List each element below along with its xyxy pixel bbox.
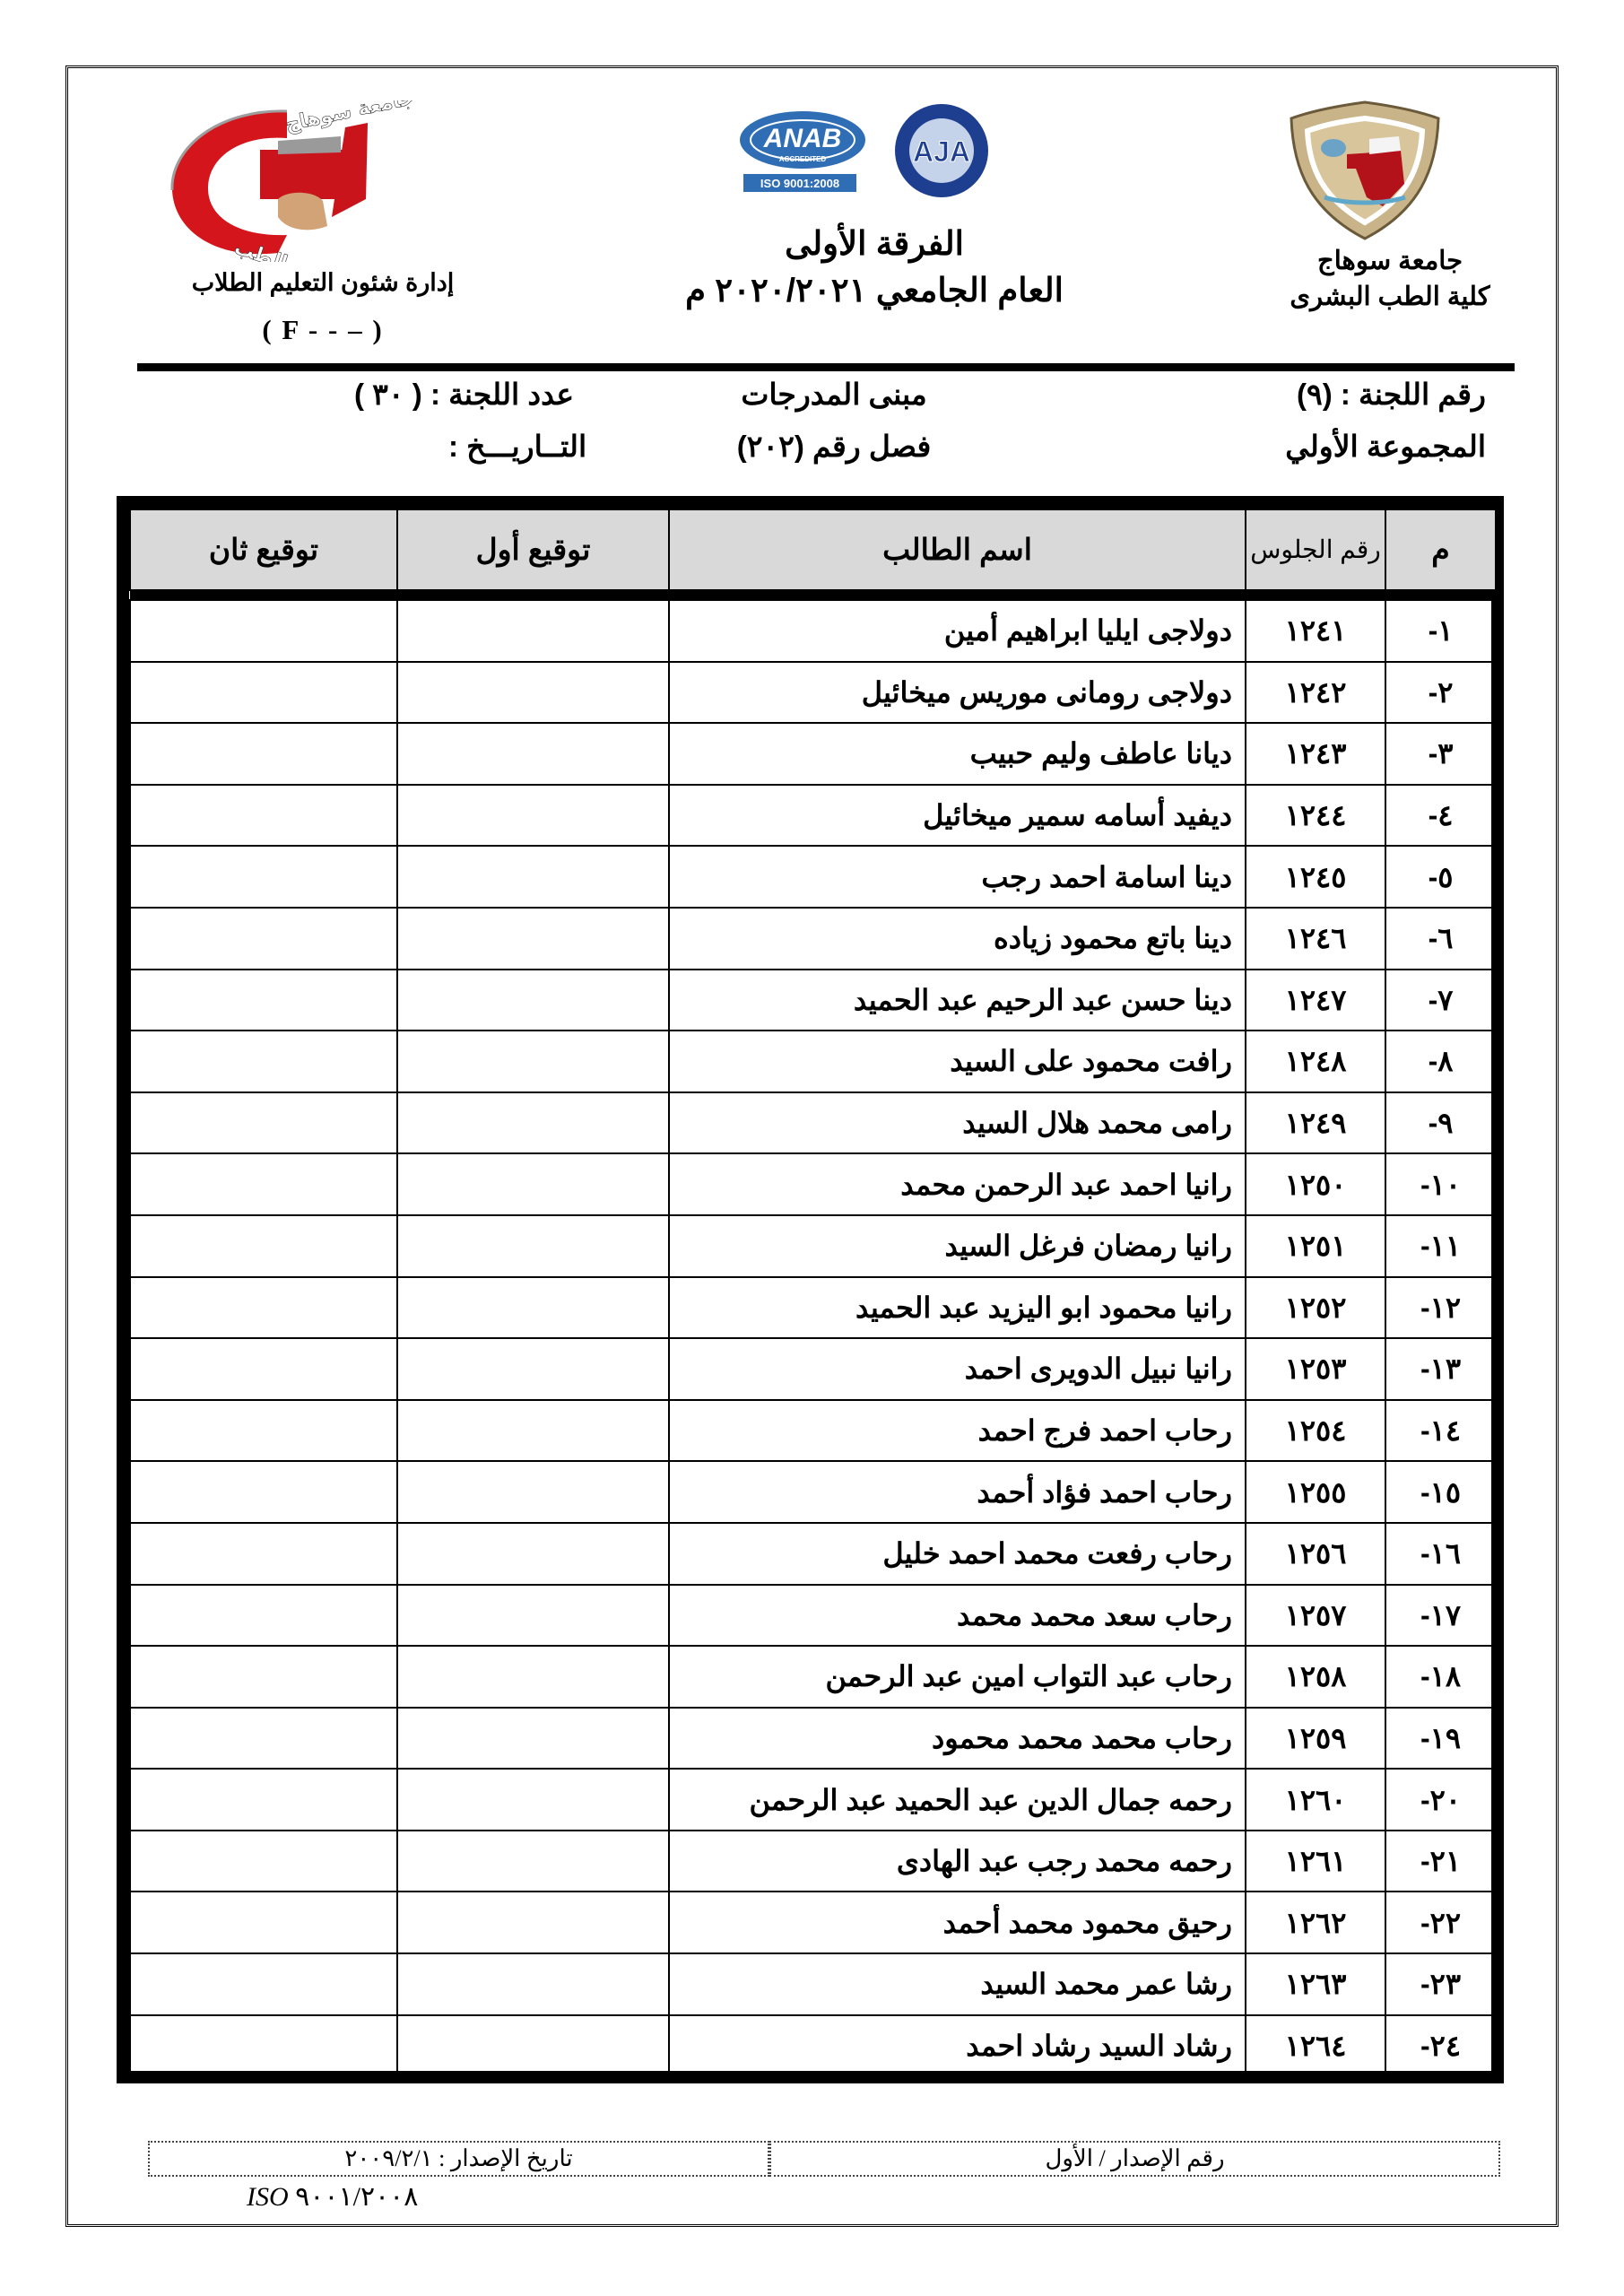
accreditation-logos: ANAB ACCREDITED ISO 9001:2008 AJA: [731, 97, 1000, 204]
row-index: ١١-: [1385, 1215, 1496, 1277]
second-signature-cell[interactable]: [130, 600, 397, 662]
table-row: ٢٣-١٢٦٣رشا عمر محمد السيد: [130, 1953, 1496, 2015]
committee-number: رقم اللجنة : (٩): [1297, 377, 1486, 412]
student-name: رحاب عبد التواب امين عبد الرحمن: [669, 1646, 1246, 1708]
seat-number: ١٢٥٥: [1246, 1461, 1385, 1523]
building-name: مبنى المدرجات: [682, 377, 986, 412]
row-index: ١٣-: [1385, 1338, 1496, 1400]
student-name: ديفيد أسامه سمير ميخائيل: [669, 785, 1246, 847]
seat-number: ١٢٥٠: [1246, 1153, 1385, 1215]
table-row: ١٣-١٢٥٣رانيا نبيل الدويرى احمد: [130, 1338, 1496, 1400]
second-signature-cell[interactable]: [130, 1338, 397, 1400]
first-signature-cell[interactable]: [397, 1831, 669, 1892]
table-row: ٢١-١٢٦١رحمه محمد رجب عبد الهادى: [130, 1831, 1496, 1892]
first-signature-cell[interactable]: [397, 1153, 669, 1215]
committee-count: عدد اللجنة : ( ٣٠ ): [354, 377, 574, 412]
row-index: ٢-: [1385, 662, 1496, 724]
roster: م رقم الجلوس اسم الطالب توقيع أول توقيع …: [129, 509, 1497, 2077]
table-row: ١٨-١٢٥٨رحاب عبد التواب امين عبد الرحمن: [130, 1646, 1496, 1708]
row-index: ١٤-: [1385, 1400, 1496, 1462]
second-signature-cell[interactable]: [130, 1031, 397, 1092]
row-index: ٤-: [1385, 785, 1496, 847]
second-signature-cell[interactable]: [130, 1646, 397, 1708]
svg-text:ANAB: ANAB: [763, 124, 842, 153]
seat-number: ١٢٦٢: [1246, 1892, 1385, 1953]
header-separator: [130, 590, 1496, 600]
seat-number: ١٢٥٨: [1246, 1646, 1385, 1708]
student-name: رشاد السيد رشاد احمد: [669, 2015, 1246, 2077]
student-name: رانيا محمود ابو اليزيد عبد الحميد: [669, 1277, 1246, 1339]
student-name: رحاب احمد فرج احمد: [669, 1400, 1246, 1462]
student-name: دولاجى رومانى موريس ميخائيل: [669, 662, 1246, 724]
university-name: جامعة سوهاج: [1255, 245, 1524, 276]
iso-label: ISO: [247, 2182, 289, 2212]
second-signature-cell[interactable]: [130, 1215, 397, 1277]
row-index: ٦-: [1385, 908, 1496, 970]
seat-number: ١٢٦٠: [1246, 1769, 1385, 1831]
first-signature-cell[interactable]: [397, 785, 669, 847]
second-signature-cell[interactable]: [130, 1153, 397, 1215]
student-name: ديانا عاطف وليم حبيب: [669, 723, 1246, 785]
first-signature-cell[interactable]: [397, 1400, 669, 1462]
table-row: ٤-١٢٤٤ديفيد أسامه سمير ميخائيل: [130, 785, 1496, 847]
row-index: ٢٣-: [1385, 1953, 1496, 2015]
student-name: رانيا رمضان فرغل السيد: [669, 1215, 1246, 1277]
second-signature-cell[interactable]: [130, 1953, 397, 2015]
second-signature-cell[interactable]: [130, 1708, 397, 1770]
second-signature-cell[interactable]: [130, 1277, 397, 1339]
seat-number: ١٢٤٨: [1246, 1031, 1385, 1092]
first-signature-cell[interactable]: [397, 1338, 669, 1400]
second-signature-cell[interactable]: [130, 1400, 397, 1462]
seat-number: ١٢٦٤: [1246, 2015, 1385, 2077]
group-name: المجموعة الأولي: [1285, 429, 1486, 464]
roster-body: ١-١٢٤١دولاجى ايليا ابراهيم أمين٢-١٢٤٢دول…: [130, 600, 1496, 2076]
second-signature-cell[interactable]: [130, 970, 397, 1031]
student-name: رامى محمد هلال السيد: [669, 1092, 1246, 1154]
seat-number: ١٢٤٩: [1246, 1092, 1385, 1154]
first-signature-cell[interactable]: [397, 2015, 669, 2077]
header-first-signature: توقيع أول: [397, 509, 669, 590]
student-name: رحاب احمد فؤاد أحمد: [669, 1461, 1246, 1523]
table-row: ١٠-١٢٥٠رانيا احمد عبد الرحمن محمد: [130, 1153, 1496, 1215]
second-signature-cell[interactable]: [130, 908, 397, 970]
student-name: رحاب محمد محمد محمود: [669, 1708, 1246, 1770]
issue-date: تاريخ الإصدار : ٢٠٠٩/٢/١: [148, 2141, 769, 2177]
seat-number: ١٢٤٣: [1246, 723, 1385, 785]
row-index: ٧-: [1385, 970, 1496, 1031]
first-signature-cell[interactable]: [397, 1953, 669, 2015]
header-index: م: [1385, 509, 1496, 590]
first-signature-cell[interactable]: [397, 846, 669, 908]
row-index: ١٥-: [1385, 1461, 1496, 1523]
form-code: ( F - - – ): [179, 314, 466, 346]
seat-number: ١٢٤٧: [1246, 970, 1385, 1031]
student-name: رحمه محمد رجب عبد الهادى: [669, 1831, 1246, 1892]
seat-number: ١٢٤٥: [1246, 846, 1385, 908]
student-name: دولاجى ايليا ابراهيم أمين: [669, 600, 1246, 662]
seat-number: ١٢٤٤: [1246, 785, 1385, 847]
table-row: ١-١٢٤١دولاجى ايليا ابراهيم أمين: [130, 600, 1496, 662]
table-row: ١١-١٢٥١رانيا رمضان فرغل السيد: [130, 1215, 1496, 1277]
seat-number: ١٢٥٤: [1246, 1400, 1385, 1462]
table-row: ٢-١٢٤٢دولاجى رومانى موريس ميخائيل: [130, 662, 1496, 724]
first-signature-cell[interactable]: [397, 1523, 669, 1585]
svg-text:ISO 9001:2008: ISO 9001:2008: [760, 177, 839, 190]
second-signature-cell[interactable]: [130, 1523, 397, 1585]
first-signature-cell[interactable]: [397, 1277, 669, 1339]
year-group-title: الفرقة الأولى: [628, 224, 1121, 263]
faculty-logo: جامعة سوهاج كلية الطب: [152, 100, 413, 262]
seat-number: ١٢٥٦: [1246, 1523, 1385, 1585]
svg-text:ACCREDITED: ACCREDITED: [779, 155, 827, 163]
row-index: ١٠-: [1385, 1153, 1496, 1215]
first-signature-cell[interactable]: [397, 1092, 669, 1154]
table-row: ١٥-١٢٥٥رحاب احمد فؤاد أحمد: [130, 1461, 1496, 1523]
table-row: ٨-١٢٤٨رافت محمود على السيد: [130, 1031, 1496, 1092]
first-signature-cell[interactable]: [397, 1769, 669, 1831]
table-row: ١٤-١٢٥٤رحاب احمد فرج احمد: [130, 1400, 1496, 1462]
seat-number: ١٢٤٦: [1246, 908, 1385, 970]
table-row: ٦-١٢٤٦دينا باتع محمود زياده: [130, 908, 1496, 970]
student-name: رانيا احمد عبد الرحمن محمد: [669, 1153, 1246, 1215]
student-roster-table: م رقم الجلوس اسم الطالب توقيع أول توقيع …: [117, 496, 1504, 2083]
student-name: دينا اسامة احمد رجب: [669, 846, 1246, 908]
date-field: التــاريـــخ :: [448, 429, 586, 464]
row-index: ١٨-: [1385, 1646, 1496, 1708]
row-index: ٢٤-: [1385, 2015, 1496, 2077]
table-row: ٢٠-١٢٦٠رحمه جمال الدين عبد الحميد عبد ال…: [130, 1769, 1496, 1831]
table-row: ٣-١٢٤٣ديانا عاطف وليم حبيب: [130, 723, 1496, 785]
first-signature-cell[interactable]: [397, 1585, 669, 1647]
student-name: رانيا نبيل الدويرى احمد: [669, 1338, 1246, 1400]
second-signature-cell[interactable]: [130, 1585, 397, 1647]
row-index: ١٧-: [1385, 1585, 1496, 1647]
first-signature-cell[interactable]: [397, 1461, 669, 1523]
table-row: ٩-١٢٤٩رامى محمد هلال السيد: [130, 1092, 1496, 1154]
student-name: رحيق محمود محمد أحمد: [669, 1892, 1246, 1953]
iso-standard: ISO ٩٠٠١/٢٠٠٨: [247, 2181, 418, 2213]
seat-number: ١٢٦٣: [1246, 1953, 1385, 2015]
second-signature-cell[interactable]: [130, 785, 397, 847]
seat-number: ١٢٥٧: [1246, 1585, 1385, 1647]
table-row: ١٩-١٢٥٩رحاب محمد محمد محمود: [130, 1708, 1496, 1770]
first-signature-cell[interactable]: [397, 723, 669, 785]
first-signature-cell[interactable]: [397, 600, 669, 662]
table-row: ١٧-١٢٥٧رحاب سعد محمد محمد: [130, 1585, 1496, 1647]
department-name: إدارة شئون التعليم الطلاب: [170, 269, 475, 297]
second-signature-cell[interactable]: [130, 662, 397, 724]
seat-number: ١٢٥٣: [1246, 1338, 1385, 1400]
seat-number: ١٢٦١: [1246, 1831, 1385, 1892]
second-signature-cell[interactable]: [130, 2015, 397, 2077]
second-signature-cell[interactable]: [130, 1461, 397, 1523]
first-signature-cell[interactable]: [397, 1892, 669, 1953]
classroom-number: فصل رقم (٢٠٢): [682, 429, 986, 464]
seat-number: ١٢٤١: [1246, 600, 1385, 662]
first-signature-cell[interactable]: [397, 1646, 669, 1708]
student-name: رافت محمود على السيد: [669, 1031, 1246, 1092]
faculty-name: كلية الطب البشرى: [1255, 281, 1524, 312]
second-signature-cell[interactable]: [130, 1092, 397, 1154]
second-signature-cell[interactable]: [130, 1769, 397, 1831]
first-signature-cell[interactable]: [397, 1031, 669, 1092]
first-signature-cell[interactable]: [397, 1708, 669, 1770]
table-row: ١٦-١٢٥٦رحاب رفعت محمد احمد خليل: [130, 1523, 1496, 1585]
header-divider: [137, 363, 1515, 371]
first-signature-cell[interactable]: [397, 1215, 669, 1277]
svg-text:AJA: AJA: [913, 135, 970, 168]
second-signature-cell[interactable]: [130, 723, 397, 785]
student-name: رشا عمر محمد السيد: [669, 1953, 1246, 2015]
first-signature-cell[interactable]: [397, 908, 669, 970]
header-student-name: اسم الطالب: [669, 509, 1246, 590]
table-header-row: م رقم الجلوس اسم الطالب توقيع أول توقيع …: [130, 509, 1496, 590]
table-row: ٢٢-١٢٦٢رحيق محمود محمد أحمد: [130, 1892, 1496, 1953]
student-name: رحاب سعد محمد محمد: [669, 1585, 1246, 1647]
seat-number: ١٢٥٢: [1246, 1277, 1385, 1339]
table-row: ٧-١٢٤٧دينا حسن عبد الرحيم عبد الحميد: [130, 970, 1496, 1031]
student-name: دينا باتع محمود زياده: [669, 908, 1246, 970]
table-row: ٥-١٢٤٥دينا اسامة احمد رجب: [130, 846, 1496, 908]
header-second-signature: توقيع ثان: [130, 509, 397, 590]
student-name: رحاب رفعت محمد احمد خليل: [669, 1523, 1246, 1585]
issue-version: رقم الإصدار / الأول: [769, 2141, 1500, 2177]
row-index: ٥-: [1385, 846, 1496, 908]
row-index: ١٦-: [1385, 1523, 1496, 1585]
row-index: ٢١-: [1385, 1831, 1496, 1892]
row-index: ٢٢-: [1385, 1892, 1496, 1953]
second-signature-cell[interactable]: [130, 846, 397, 908]
academic-year: العام الجامعي ٢٠٢٠/٢٠٢١ م: [628, 271, 1121, 309]
row-index: ١٢-: [1385, 1277, 1496, 1339]
table-row: ١٢-١٢٥٢رانيا محمود ابو اليزيد عبد الحميد: [130, 1277, 1496, 1339]
row-index: ١-: [1385, 600, 1496, 662]
header-seat-number: رقم الجلوس: [1246, 509, 1385, 590]
row-index: ١٩-: [1385, 1708, 1496, 1770]
seat-number: ١٢٥١: [1246, 1215, 1385, 1277]
first-signature-cell[interactable]: [397, 662, 669, 724]
student-name: رحمه جمال الدين عبد الحميد عبد الرحمن: [669, 1769, 1246, 1831]
second-signature-cell[interactable]: [130, 1892, 397, 1953]
row-index: ٨-: [1385, 1031, 1496, 1092]
iso-number: ٩٠٠١/٢٠٠٨: [295, 2182, 418, 2212]
seat-number: ١٢٤٢: [1246, 662, 1385, 724]
first-signature-cell[interactable]: [397, 970, 669, 1031]
table-row: ٢٤-١٢٦٤رشاد السيد رشاد احمد: [130, 2015, 1496, 2077]
seat-number: ١٢٥٩: [1246, 1708, 1385, 1770]
row-index: ٢٠-: [1385, 1769, 1496, 1831]
second-signature-cell[interactable]: [130, 1831, 397, 1892]
row-index: ٩-: [1385, 1092, 1496, 1154]
university-emblem: [1284, 99, 1446, 242]
student-name: دينا حسن عبد الرحيم عبد الحميد: [669, 970, 1246, 1031]
row-index: ٣-: [1385, 723, 1496, 785]
